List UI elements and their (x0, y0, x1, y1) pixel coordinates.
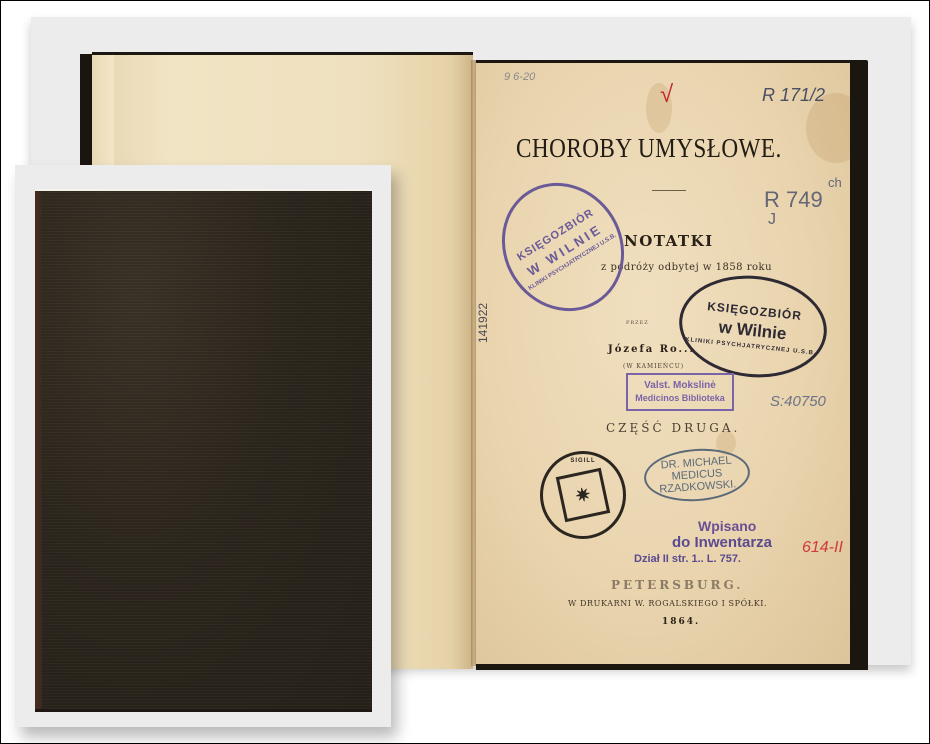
subtitle-heading: NOTATKI (624, 232, 714, 250)
stamp-text: Valst. Mokslinė (644, 379, 716, 392)
subtitle-line: z podróży odbytej w 1858 roku (601, 262, 772, 273)
library-stamp-purple: KSIĘGOZBIÓR W WILNIE KLINIKI PSYCHJATRYC… (478, 160, 648, 334)
part-label: CZĘŚĆ DRUGA. (606, 421, 740, 435)
emblem-glyph: ✷ (573, 483, 592, 507)
round-seal-stamp: SIGILL ✷ (540, 451, 626, 539)
title-page: 9 6-20 √ R 171/2 CHOROBY UMYSŁOWE. R 749… (476, 60, 850, 669)
library-stamp-rectangle: Valst. Mokslinė Medicinos Biblioteka (626, 373, 734, 411)
printer-line: W DRUKARNI W. ROGALSKIEGO I SPÓŁKI. (568, 599, 767, 608)
handwritten-inventory-code: S:40750 (770, 393, 826, 410)
handwritten-shelf-mark: R 171/2 (762, 85, 825, 106)
red-check-mark: √ (660, 81, 673, 109)
title-divider (652, 190, 686, 191)
owner-stamp-medicus: DR. MICHAEL MEDICUS RZADKOWSKI. (642, 445, 751, 504)
cover-edge-right (850, 60, 868, 670)
inventory-stamp-line3: Dział II str. 1.. L. 757. (634, 553, 741, 565)
stamp-text: RZADKOWSKI. (659, 478, 737, 495)
book-cover (35, 189, 372, 712)
red-inventory-number: 614-II (802, 539, 843, 557)
handwritten-note: 9 6-20 (504, 71, 535, 83)
stamp-text: w Wilnie (718, 317, 788, 344)
inventory-stamp-line2: do Inwentarza (672, 534, 772, 551)
author-place: (W KAMIEŃCU) (623, 363, 684, 370)
inventory-stamp-line1: Wpisano (698, 518, 756, 534)
book-cover-photo (15, 165, 391, 727)
seal-emblem-icon: ✷ (556, 468, 611, 523)
seal-ring-text: SIGILL (570, 458, 595, 464)
cover-bottom-edge (35, 709, 372, 712)
handwritten-margin-number: 141922 (476, 303, 490, 343)
author-name: Józefa Ro... (608, 344, 695, 355)
handwritten-j: J (768, 211, 776, 229)
cover-edge-bottom (476, 664, 868, 670)
publication-year: 1864. (662, 617, 700, 627)
handwritten-call-number: R 749 (764, 187, 823, 213)
library-stamp-black: KSIĘGOZBIÓR w Wilnie KLINIKI PSYCHJATRYC… (674, 269, 832, 385)
by-label: PRZEZ (626, 320, 649, 326)
stamp-text: Medicinos Biblioteka (635, 392, 725, 405)
handwritten-call-suffix: ch (828, 175, 842, 190)
cover-spine-edge (35, 191, 42, 712)
publication-city: PETERSBURG. (611, 578, 743, 592)
book-title: CHOROBY UMYSŁOWE. (516, 133, 782, 164)
